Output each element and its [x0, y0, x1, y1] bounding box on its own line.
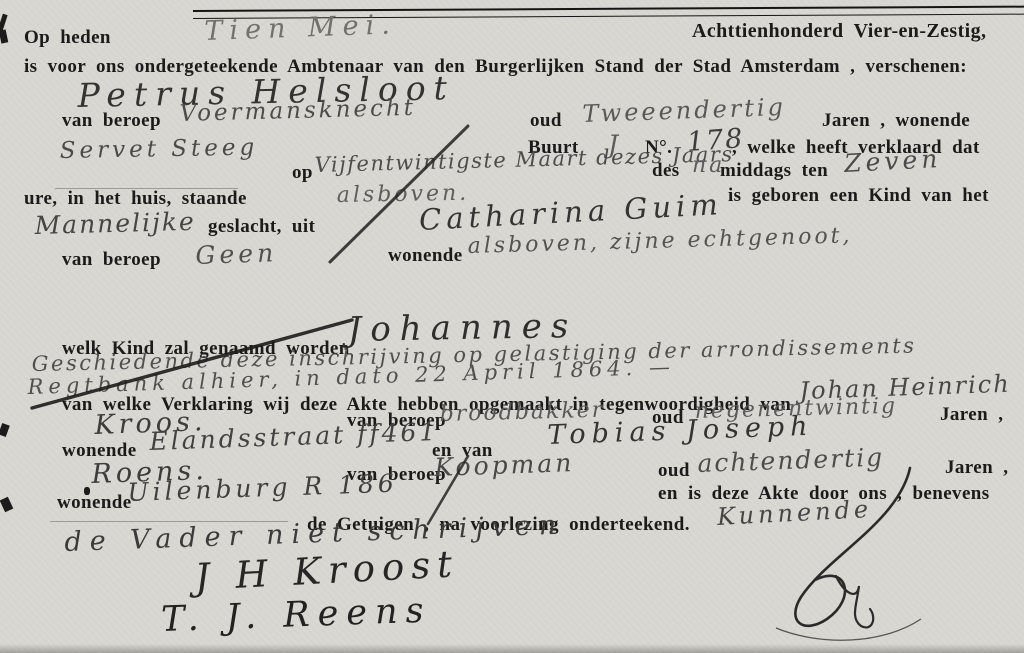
birth-certificate-document: Op heden Tien Mei. Achttienhonderd Vier-… — [0, 0, 1024, 653]
label-jaren-wonende: Jaren , wonende — [822, 110, 970, 132]
label-jaren-2: Jaren , — [945, 457, 1008, 479]
label-middags-ten: middags ten — [720, 160, 828, 182]
signature-witness2: T. J. Reens — [161, 591, 433, 640]
label-ure-huis: ure, in het huis, staande — [24, 188, 247, 210]
label-geslacht-uit: geslacht, uit — [208, 216, 315, 238]
hw-registration-date: Tien Mei. — [204, 9, 397, 47]
label-year: Achttienhonderd Vier-en-Zestig, — [692, 20, 986, 43]
hw-witness2-occupation: Koopman — [434, 448, 575, 482]
scan-bottom-edge — [0, 644, 1024, 653]
label-wonende-3: wonende — [57, 492, 132, 514]
hw-declarant-age: Tweeendertig — [582, 93, 786, 128]
registrar-paraph-tail — [836, 576, 873, 627]
hw-mother-occupation: Geen — [195, 238, 278, 270]
label-van-beroep-2: van beroep — [62, 249, 161, 271]
registrar-paraph-underline — [776, 619, 921, 640]
scan-artifact — [84, 487, 90, 495]
hw-child-gender: Mannelijke — [34, 207, 196, 240]
label-wonende-1: wonende — [388, 245, 463, 267]
label-van-beroep-1: van beroep — [62, 110, 161, 132]
label-op: op — [292, 162, 313, 184]
hw-birth-hour: Zeven — [843, 144, 942, 178]
hw-declarant-address: Servet Steeg — [60, 135, 259, 164]
scan-artifact — [0, 497, 13, 513]
label-oud-3: oud — [658, 460, 690, 482]
scan-artifact — [0, 29, 8, 43]
label-oud-1: oud — [530, 110, 562, 132]
hw-declarant-occupation: Voermansknecht — [179, 95, 416, 127]
label-des: des — [652, 160, 680, 182]
label-jaren-1: Jaren , — [940, 404, 1003, 426]
hw-witness2-age: achtendertig — [697, 443, 885, 478]
scan-artifact — [0, 423, 10, 437]
label-op-heden: Op heden — [24, 27, 111, 49]
label-is-geboren: is geboren een Kind van het — [728, 185, 989, 207]
